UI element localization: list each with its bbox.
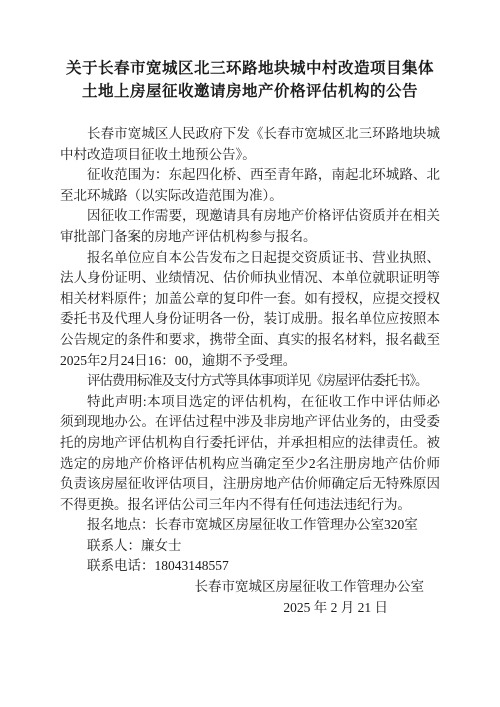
document-body: 长春市宽城区人民政府下发《长春市宽城区北三环路地块城中村改造项目征收土地预公告》… <box>60 124 440 577</box>
signature-date: 2025 年 2 月 21 日 <box>60 598 440 619</box>
paragraph-special-statement: 特此声明:本项目选定的评估机构，在征收工作中评估师必须到现地办公。在评估过程中涉… <box>60 392 440 516</box>
paragraph-application-materials: 报名单位应自本公告发布之日起提交资质证书、营业执照、法人身份证明、业绩情况、估价… <box>60 248 440 372</box>
signature-organization: 长春市宽城区房屋征收工作管理办公室 <box>60 577 440 598</box>
announcement-document: 关于长春市宽城区北三环路地块城中村改造项目集体 土地上房屋征收邀请房地产价格评估… <box>0 0 500 707</box>
title-line-2: 土地上房屋征收邀请房地产价格评估机构的公告 <box>60 80 440 103</box>
paragraph-pre-announcement: 长春市宽城区人民政府下发《长春市宽城区北三环路地块城中村改造项目征收土地预公告》… <box>60 124 440 165</box>
paragraph-fee-standard: 评估费用标准及支付方式等具体事项详见《房屋评估委托书》。 <box>60 371 440 392</box>
registration-address-line: 报名地点：长春市宽城区房屋征收工作管理办公室320室 <box>60 515 440 536</box>
paragraph-expropriation-scope: 征收范围为：东起四化桥、西至青年路，南起北环城路、北至北环城路（以实际改造范围为… <box>60 165 440 206</box>
title-line-1: 关于长春市宽城区北三环路地块城中村改造项目集体 <box>60 57 440 80</box>
contact-person-line: 联系人：廉女士 <box>60 536 440 557</box>
document-title: 关于长春市宽城区北三环路地块城中村改造项目集体 土地上房屋征收邀请房地产价格评估… <box>60 57 440 103</box>
contact-phone-line: 联系电话：18043148557 <box>60 556 440 577</box>
paragraph-invitation: 因征收工作需要，现邀请具有房地产价格评估资质并在相关审批部门备案的房地产评估机构… <box>60 206 440 247</box>
signature-block: 长春市宽城区房屋征收工作管理办公室 2025 年 2 月 21 日 <box>60 577 440 618</box>
